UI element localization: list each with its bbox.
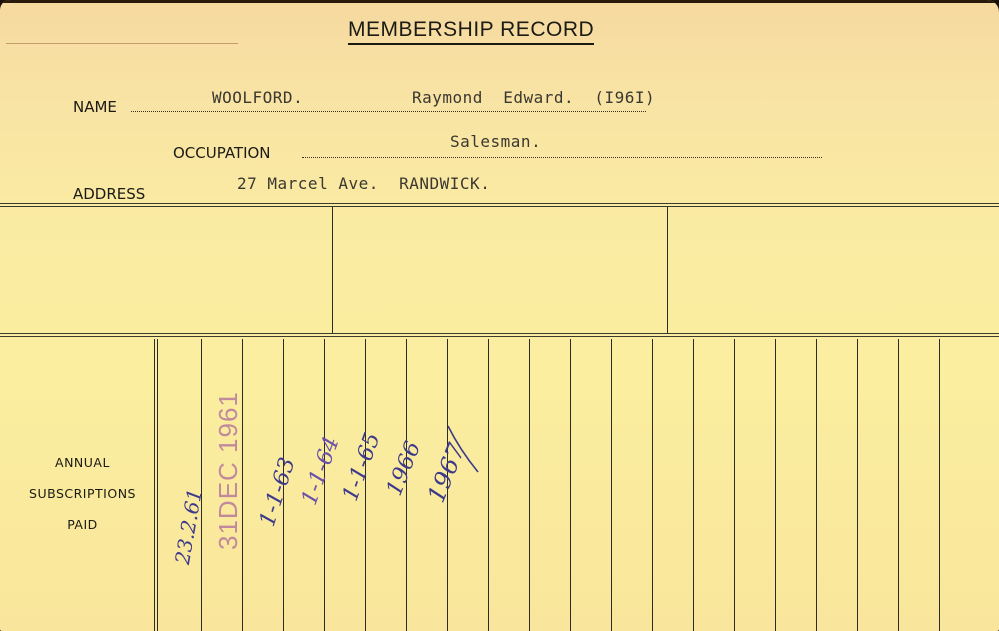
middle-divider-2 xyxy=(667,207,668,333)
occupation-dotted-line xyxy=(302,157,822,158)
occupation-value: Salesman. xyxy=(450,132,541,151)
column-line xyxy=(488,339,489,631)
divider-middle xyxy=(0,333,999,337)
column-line xyxy=(816,339,817,631)
subscription-entry-3: 1-1-63 xyxy=(255,455,301,530)
divider-top xyxy=(0,203,999,207)
subscriptions-label-line-3: PAID xyxy=(0,517,165,532)
address-value: 27 Marcel Ave. RANDWICK. xyxy=(237,174,490,193)
subscription-stamp-2: 31DEC 1961 xyxy=(213,391,244,550)
card-title: MEMBERSHIP RECORD xyxy=(348,18,594,45)
subscriptions-label-line-1: ANNUAL xyxy=(0,455,165,470)
column-line xyxy=(857,339,858,631)
column-line xyxy=(939,339,940,631)
name-given: Raymond Edward. (I96I) xyxy=(412,88,655,107)
column-line xyxy=(611,339,612,631)
column-line xyxy=(734,339,735,631)
membership-card: MEMBERSHIP RECORD NAME WOOLFORD. Raymond… xyxy=(0,0,999,631)
name-dotted-line xyxy=(131,111,646,112)
column-line xyxy=(201,339,202,631)
pen-stroke-icon xyxy=(440,420,490,480)
column-line xyxy=(693,339,694,631)
stray-line xyxy=(6,43,238,44)
name-label: NAME xyxy=(73,98,117,116)
occupation-label: OCCUPATION xyxy=(173,144,271,162)
subscription-entry-6: 1966 xyxy=(382,438,426,499)
middle-divider-1 xyxy=(332,207,333,333)
column-line xyxy=(154,339,155,631)
column-line xyxy=(529,339,530,631)
column-line xyxy=(570,339,571,631)
address-label: ADDRESS xyxy=(73,185,145,203)
column-line xyxy=(775,339,776,631)
subscription-entry-4: 1-1-64 xyxy=(297,433,345,508)
column-line xyxy=(652,339,653,631)
card-top-edge xyxy=(0,0,999,3)
subscription-entry-5: 1-1-65 xyxy=(338,429,386,504)
subscriptions-label-line-2: SUBSCRIPTIONS xyxy=(0,486,165,501)
name-surname: WOOLFORD. xyxy=(212,88,303,107)
column-line xyxy=(898,339,899,631)
column-line xyxy=(157,339,158,631)
